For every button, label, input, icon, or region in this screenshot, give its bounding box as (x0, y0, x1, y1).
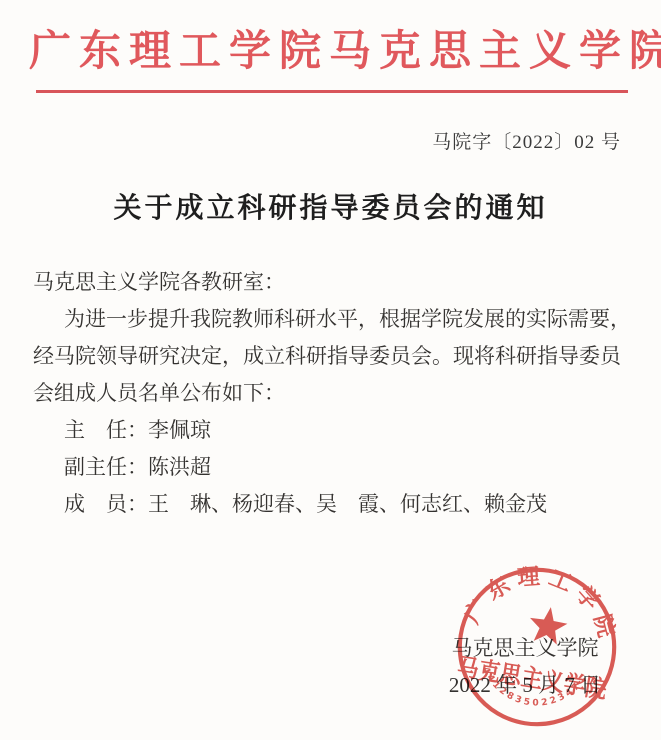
roster-row-director: 主 任：李佩琼 (33, 412, 628, 449)
salutation: 马克思主义学院各教研室： (33, 264, 628, 301)
letterhead-rule (36, 90, 628, 93)
roster-names: 陈洪超 (148, 455, 211, 479)
notice-document-page: 广东理工学院马克思主义学院 马院字〔2022〕02 号 关于成立科研指导委员会的… (0, 0, 661, 740)
document-body: 马克思主义学院各教研室： 为进一步提升我院教师科研水平，根据学院发展的实际需要，… (33, 264, 628, 523)
document-number: 马院字〔2022〕02 号 (432, 127, 621, 154)
body-line: 为进一步提升我院教师科研水平，根据学院发展的实际需要， (33, 301, 628, 338)
document-title: 关于成立科研指导委员会的通知 (0, 186, 661, 226)
roster-row-members: 成 员：王 琳、杨迎春、吴 霞、何志红、赖金茂 (33, 486, 628, 523)
letterhead-org-name: 广东理工学院马克思主义学院 (29, 26, 639, 78)
roster-role: 副主任： (64, 455, 148, 479)
roster-names: 李佩琼 (148, 418, 211, 442)
roster-names: 王 琳、杨迎春、吴 霞、何志红、赖金茂 (148, 492, 547, 516)
official-seal: 广东理工学院 马克思主义学院 4412835022347 (442, 552, 632, 740)
body-line: 会组成人员名单公布如下： (33, 375, 628, 412)
red-star-icon (527, 604, 570, 645)
roster-row-deputy: 副主任：陈洪超 (33, 449, 628, 486)
roster-role: 成 员： (64, 492, 148, 516)
body-line: 经马院领导研究决定，成立科研指导委员会。现将科研指导委员 (33, 338, 628, 375)
roster-role: 主 任： (64, 418, 148, 442)
